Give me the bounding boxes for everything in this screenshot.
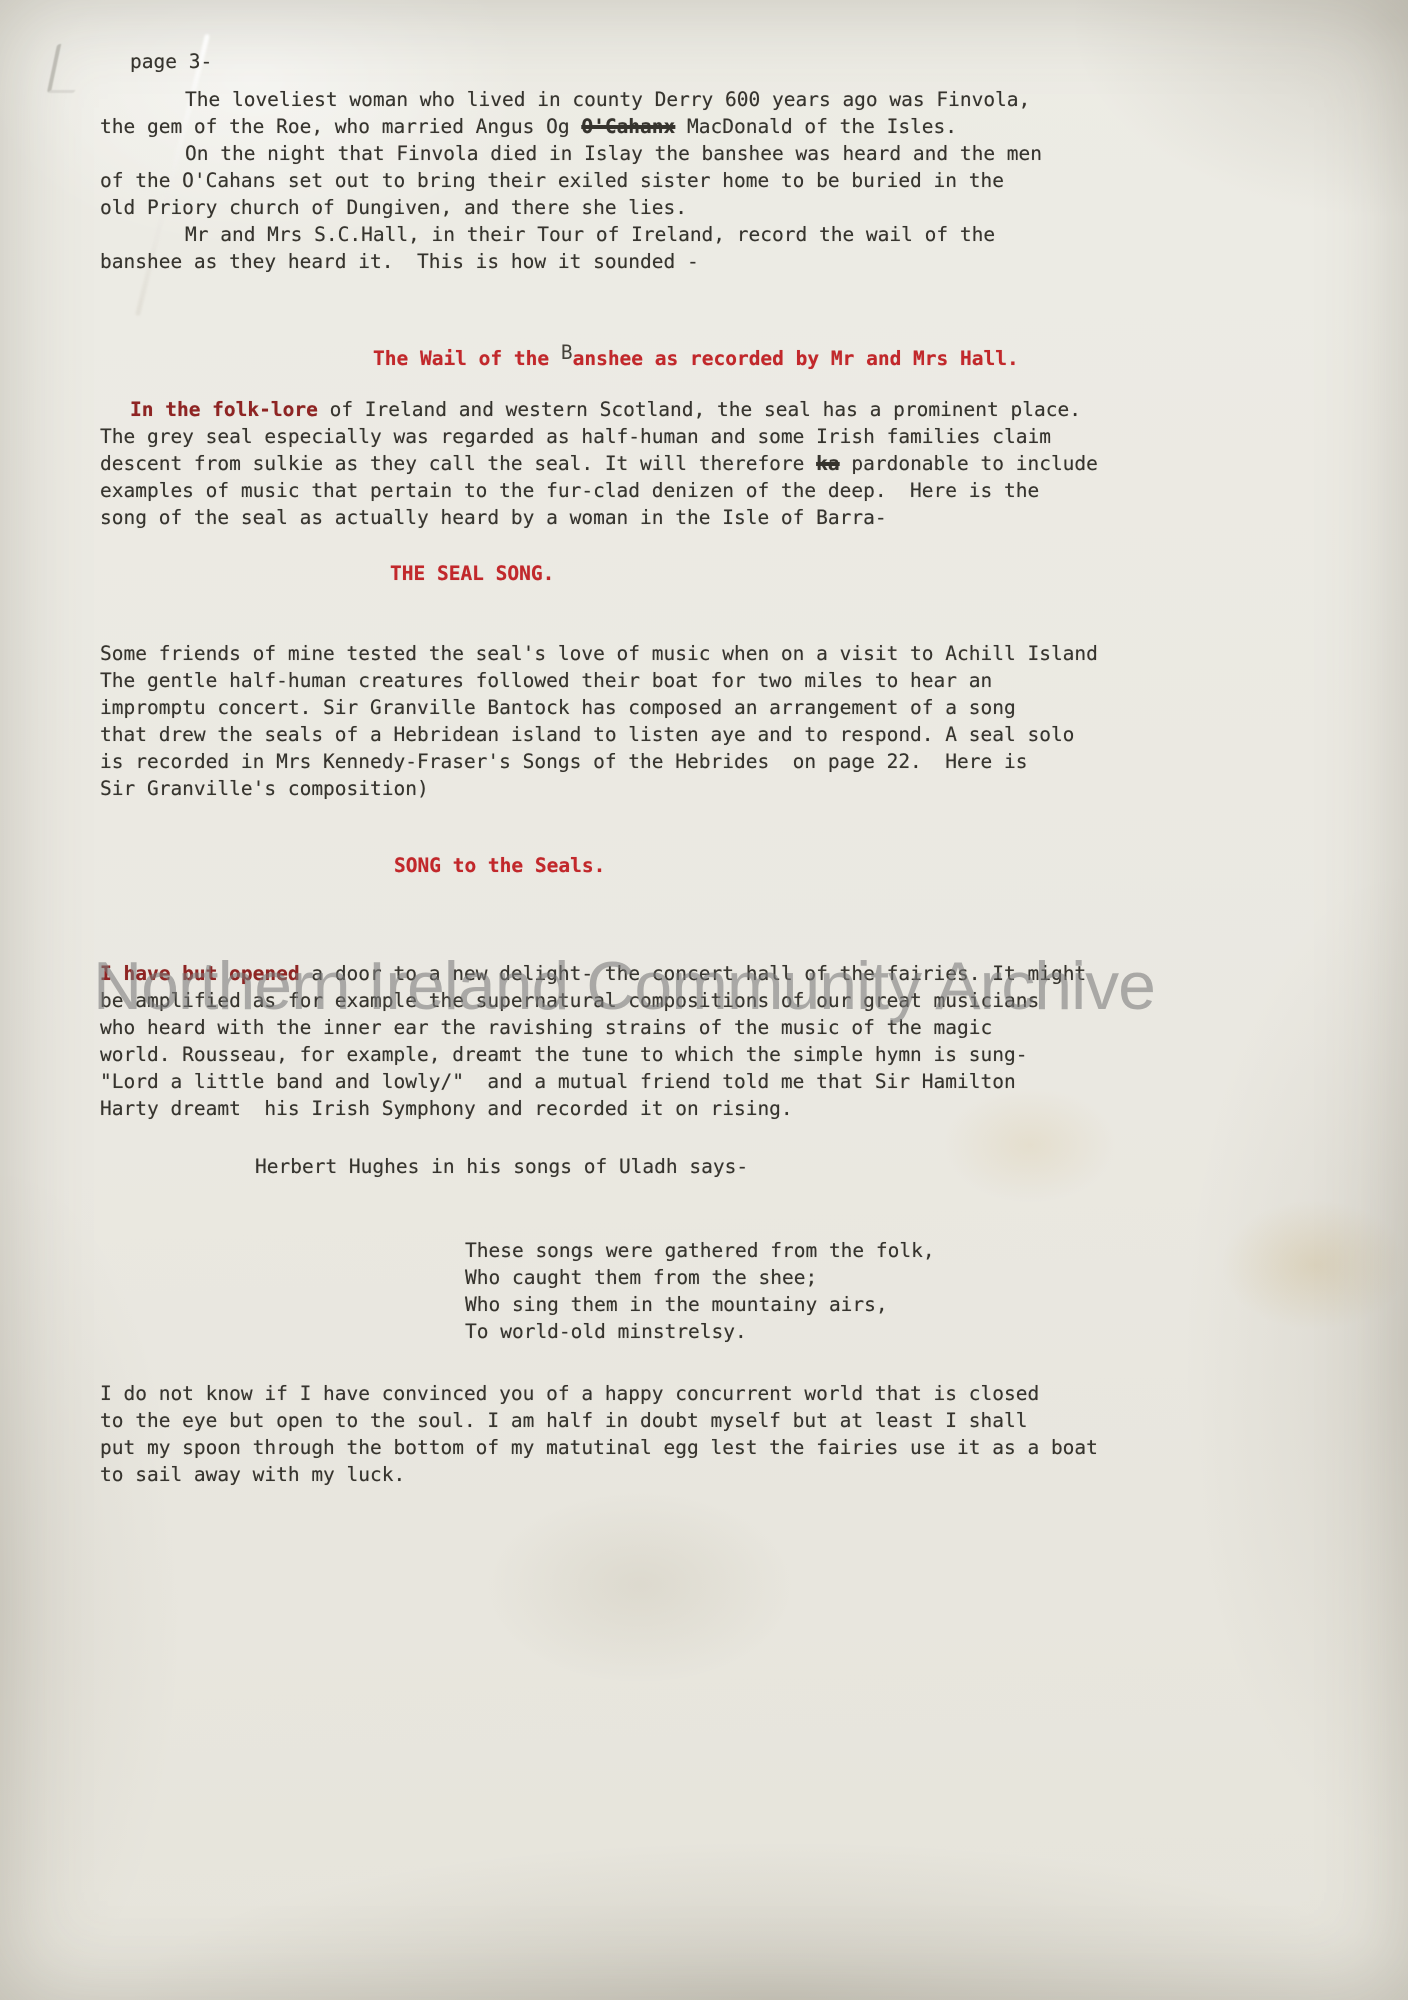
text-line: Harty dreamt his Irish Symphony and reco… <box>100 1095 1086 1122</box>
text-segment: pardonable to include <box>840 452 1098 475</box>
text-line: The gentle half-human creatures followed… <box>100 667 1098 694</box>
text-line: In the folk-lore of Ireland and western … <box>100 396 1098 423</box>
text-line: Some friends of mine tested the seal's l… <box>100 640 1098 667</box>
document-page: page 3- The loveliest woman who lived in… <box>0 0 1408 2000</box>
poem-line: These songs were gathered from the folk, <box>465 1237 935 1264</box>
poem-line: To world-old minstrelsy. <box>465 1318 935 1345</box>
text-line: Sir Granville's composition) <box>100 775 1098 802</box>
heading-segment: anshee as recorded by Mr and Mrs Hall. <box>573 347 1019 370</box>
text-line: put my spoon through the bottom of my ma… <box>100 1434 1098 1461</box>
poem-quote: These songs were gathered from the folk,… <box>465 1237 935 1345</box>
paragraph-finvola: The loveliest woman who lived in county … <box>100 86 1042 275</box>
text-line: On the night that Finvola died in Islay … <box>100 140 1042 167</box>
paragraph-achill-island: Some friends of mine tested the seal's l… <box>100 640 1098 802</box>
text-segment: of Ireland and western Scotland, the sea… <box>318 398 1081 421</box>
text-line: to sail away with my luck. <box>100 1461 1098 1488</box>
text-line: of the O'Cahans set out to bring their e… <box>100 167 1042 194</box>
text-segment: descent from sulkie as they call the sea… <box>100 452 816 475</box>
heading-seal-song: THE SEAL SONG. <box>390 560 554 587</box>
line-herbert-hughes: Herbert Hughes in his songs of Uladh say… <box>255 1153 748 1180</box>
text-line: world. Rousseau, for example, dreamt the… <box>100 1041 1086 1068</box>
text-line: that drew the seals of a Hebridean islan… <box>100 721 1098 748</box>
text-line: the gem of the Roe, who married Angus Og… <box>100 113 1042 140</box>
pencil-smudge-mark <box>47 44 85 93</box>
text-segment: the gem of the Roe, who married Angus Og <box>100 115 581 138</box>
struck-out-word: O'Cahanx <box>581 115 675 138</box>
struck-out-word: ka <box>816 452 839 475</box>
text-line: examples of music that pertain to the fu… <box>100 477 1098 504</box>
poem-line: Who sing them in the mountainy airs, <box>465 1291 935 1318</box>
poem-line: Who caught them from the shee; <box>465 1264 935 1291</box>
text-line: old Priory church of Dungiven, and there… <box>100 194 1042 221</box>
text-line: "Lord a little band and lowly/" and a mu… <box>100 1068 1086 1095</box>
text-line: I do not know if I have convinced you of… <box>100 1380 1098 1407</box>
text-line: to the eye but open to the soul. I am ha… <box>100 1407 1098 1434</box>
text-line: impromptu concert. Sir Granville Bantock… <box>100 694 1098 721</box>
text-line: The grey seal especially was regarded as… <box>100 423 1098 450</box>
text-line: descent from sulkie as they call the sea… <box>100 450 1098 477</box>
text-line: The loveliest woman who lived in county … <box>100 86 1042 113</box>
red-typed-phrase: In the folk-lore <box>130 398 318 421</box>
heading-segment: The Wail of the <box>373 347 561 370</box>
text-segment: MacDonald of the Isles. <box>675 115 957 138</box>
page-number: page 3- <box>130 48 212 75</box>
paragraph-closing: I do not know if I have convinced you of… <box>100 1380 1098 1488</box>
text-line: Mr and Mrs S.C.Hall, in their Tour of Ir… <box>100 221 1042 248</box>
heading-wail-of-banshee: The Wail of the Banshee as recorded by M… <box>373 345 1019 372</box>
paragraph-folklore-seal: In the folk-lore of Ireland and western … <box>100 396 1098 531</box>
text-line: is recorded in Mrs Kennedy-Fraser's Song… <box>100 748 1098 775</box>
text-line: song of the seal as actually heard by a … <box>100 504 1098 531</box>
archive-watermark: Northern Ireland Community Archive <box>93 946 1155 1026</box>
black-typed-letter: B <box>561 341 573 364</box>
text-line: banshee as they heard it. This is how it… <box>100 248 1042 275</box>
heading-song-to-seals: SONG to the Seals. <box>394 852 605 879</box>
